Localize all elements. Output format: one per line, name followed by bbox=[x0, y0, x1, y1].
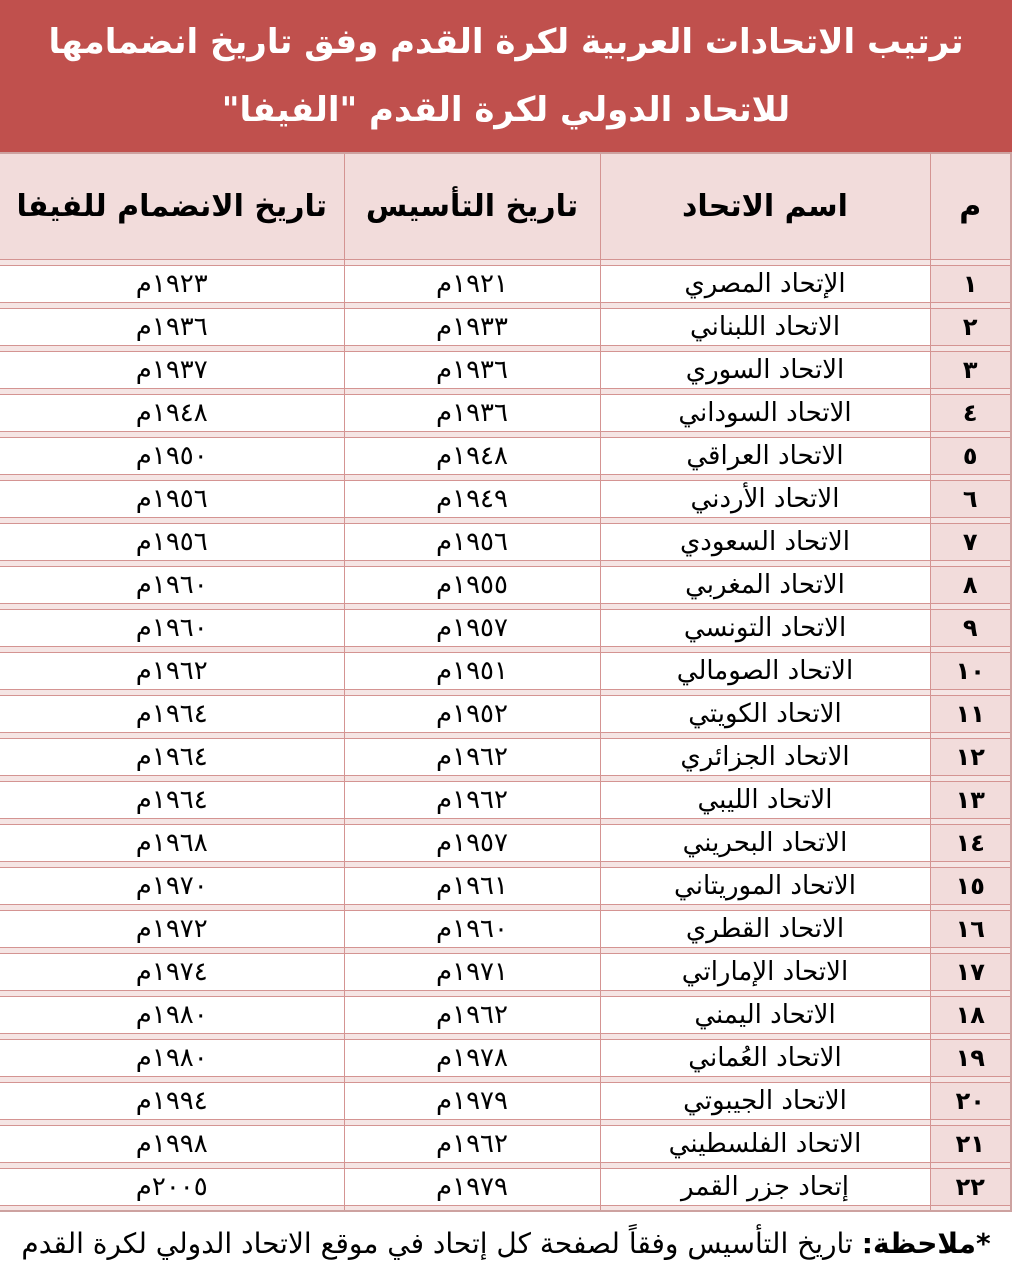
header-federation-name: اسم الاتحاد bbox=[600, 153, 930, 259]
cell-fifa-join-date: ١٩٣٧م bbox=[0, 351, 344, 388]
footnote-label: *ملاحظة: bbox=[862, 1227, 991, 1260]
cell-rank: ٢١ bbox=[930, 1125, 1011, 1162]
cell-fifa-join-date: ١٩٦٢م bbox=[0, 652, 344, 689]
cell-fifa-join-date: ١٩٦٨م bbox=[0, 824, 344, 861]
cell-founding-date: ١٩٥١م bbox=[344, 652, 600, 689]
cell-federation-name: الاتحاد الفلسطيني bbox=[600, 1125, 930, 1162]
header-rank: م bbox=[930, 153, 1011, 259]
cell-founding-date: ١٩٧٩م bbox=[344, 1168, 600, 1205]
cell-founding-date: ١٩٥٧م bbox=[344, 824, 600, 861]
cell-federation-name: الاتحاد الصومالي bbox=[600, 652, 930, 689]
table-row: ٢٠الاتحاد الجيبوتي١٩٧٩م١٩٩٤م bbox=[0, 1082, 1011, 1119]
cell-fifa-join-date: ١٩٥٦م bbox=[0, 480, 344, 517]
cell-fifa-join-date: ١٩٦٤م bbox=[0, 781, 344, 818]
header-founding-date: تاريخ التأسيس bbox=[344, 153, 600, 259]
cell-fifa-join-date: ١٩٦٤م bbox=[0, 695, 344, 732]
cell-fifa-join-date: ١٩٧٠م bbox=[0, 867, 344, 904]
cell-federation-name: الاتحاد المغربي bbox=[600, 566, 930, 603]
cell-rank: ٢٠ bbox=[930, 1082, 1011, 1119]
row-spacer-cell bbox=[930, 1205, 1011, 1211]
cell-rank: ١٢ bbox=[930, 738, 1011, 775]
cell-rank: ٣ bbox=[930, 351, 1011, 388]
table-row: ١٩الاتحاد العُماني١٩٧٨م١٩٨٠م bbox=[0, 1039, 1011, 1076]
cell-federation-name: الاتحاد الجيبوتي bbox=[600, 1082, 930, 1119]
cell-rank: ١٠ bbox=[930, 652, 1011, 689]
cell-rank: ٢ bbox=[930, 308, 1011, 345]
cell-federation-name: الاتحاد اليمني bbox=[600, 996, 930, 1033]
cell-federation-name: الاتحاد البحريني bbox=[600, 824, 930, 861]
cell-founding-date: ١٩٦٠م bbox=[344, 910, 600, 947]
table-row: ٤الاتحاد السوداني١٩٣٦م١٩٤٨م bbox=[0, 394, 1011, 431]
cell-fifa-join-date: ١٩٧٤م bbox=[0, 953, 344, 990]
cell-founding-date: ١٩٦٢م bbox=[344, 781, 600, 818]
cell-founding-date: ١٩٣٦م bbox=[344, 394, 600, 431]
cell-founding-date: ١٩٤٨م bbox=[344, 437, 600, 474]
cell-fifa-join-date: ١٩٣٦م bbox=[0, 308, 344, 345]
cell-fifa-join-date: ١٩٨٠م bbox=[0, 996, 344, 1033]
cell-rank: ٩ bbox=[930, 609, 1011, 646]
cell-rank: ٢٢ bbox=[930, 1168, 1011, 1205]
cell-founding-date: ١٩٦١م bbox=[344, 867, 600, 904]
cell-rank: ٦ bbox=[930, 480, 1011, 517]
table-row: ٢الاتحاد اللبناني١٩٣٣م١٩٣٦م bbox=[0, 308, 1011, 345]
row-spacer-cell bbox=[344, 1205, 600, 1211]
page: { "title": { "line1": "ترتيب الاتحادات ا… bbox=[0, 0, 1012, 1280]
table-row: ١الإتحاد المصري١٩٢١م١٩٢٣م bbox=[0, 265, 1011, 302]
footnote: *ملاحظة: تاريخ التأسيس وفقاً لصفحة كل إت… bbox=[0, 1226, 1012, 1262]
table-row: ١٨الاتحاد اليمني١٩٦٢م١٩٨٠م bbox=[0, 996, 1011, 1033]
cell-rank: ١٨ bbox=[930, 996, 1011, 1033]
cell-federation-name: الاتحاد الجزائري bbox=[600, 738, 930, 775]
cell-federation-name: الاتحاد العراقي bbox=[600, 437, 930, 474]
title-line-2: للاتحاد الدولي لكرة القدم "الفيفا" bbox=[10, 90, 1002, 131]
cell-federation-name: الاتحاد السوداني bbox=[600, 394, 930, 431]
table-header-row: م اسم الاتحاد تاريخ التأسيس تاريخ الانضم… bbox=[0, 153, 1011, 259]
cell-federation-name: الاتحاد التونسي bbox=[600, 609, 930, 646]
table-row: ٢٢إتحاد جزر القمر١٩٧٩م٢٠٠٥م bbox=[0, 1168, 1011, 1205]
cell-rank: ١٩ bbox=[930, 1039, 1011, 1076]
cell-federation-name: الاتحاد السعودي bbox=[600, 523, 930, 560]
table-row: ١٠الاتحاد الصومالي١٩٥١م١٩٦٢م bbox=[0, 652, 1011, 689]
table-row: ٩الاتحاد التونسي١٩٥٧م١٩٦٠م bbox=[0, 609, 1011, 646]
cell-founding-date: ١٩٦٢م bbox=[344, 738, 600, 775]
cell-rank: ١٤ bbox=[930, 824, 1011, 861]
cell-rank: ٥ bbox=[930, 437, 1011, 474]
cell-federation-name: الاتحاد الكويتي bbox=[600, 695, 930, 732]
cell-rank: ٧ bbox=[930, 523, 1011, 560]
cell-founding-date: ١٩٧٩م bbox=[344, 1082, 600, 1119]
footnote-text: تاريخ التأسيس وفقاً لصفحة كل إتحاد في مو… bbox=[21, 1227, 861, 1260]
cell-federation-name: الاتحاد اللبناني bbox=[600, 308, 930, 345]
cell-fifa-join-date: ١٩٥٦م bbox=[0, 523, 344, 560]
cell-federation-name: الاتحاد الإماراتي bbox=[600, 953, 930, 990]
table-row: ٨الاتحاد المغربي١٩٥٥م١٩٦٠م bbox=[0, 566, 1011, 603]
table-row: ١٤الاتحاد البحريني١٩٥٧م١٩٦٨م bbox=[0, 824, 1011, 861]
cell-fifa-join-date: ٢٠٠٥م bbox=[0, 1168, 344, 1205]
table-row: ١٥الاتحاد الموريتاني١٩٦١م١٩٧٠م bbox=[0, 867, 1011, 904]
table-row: ٥الاتحاد العراقي١٩٤٨م١٩٥٠م bbox=[0, 437, 1011, 474]
cell-founding-date: ١٩٧٨م bbox=[344, 1039, 600, 1076]
cell-fifa-join-date: ١٩٩٤م bbox=[0, 1082, 344, 1119]
cell-founding-date: ١٩٥٥م bbox=[344, 566, 600, 603]
row-spacer-cell bbox=[0, 1205, 344, 1211]
cell-founding-date: ١٩٥٢م bbox=[344, 695, 600, 732]
table-row: ٦الاتحاد الأردني١٩٤٩م١٩٥٦م bbox=[0, 480, 1011, 517]
cell-fifa-join-date: ١٩٦٤م bbox=[0, 738, 344, 775]
table-row: ١٦الاتحاد القطري١٩٦٠م١٩٧٢م bbox=[0, 910, 1011, 947]
cell-fifa-join-date: ١٩٢٣م bbox=[0, 265, 344, 302]
cell-rank: ٤ bbox=[930, 394, 1011, 431]
table-row: ١٧الاتحاد الإماراتي١٩٧١م١٩٧٤م bbox=[0, 953, 1011, 990]
cell-founding-date: ١٩٥٦م bbox=[344, 523, 600, 560]
cell-rank: ١٦ bbox=[930, 910, 1011, 947]
cell-fifa-join-date: ١٩٧٢م bbox=[0, 910, 344, 947]
title-line-1: ترتيب الاتحادات العربية لكرة القدم وفق ت… bbox=[10, 22, 1002, 63]
cell-founding-date: ١٩٦٢م bbox=[344, 996, 600, 1033]
title-banner: ترتيب الاتحادات العربية لكرة القدم وفق ت… bbox=[0, 0, 1012, 152]
cell-rank: ١٥ bbox=[930, 867, 1011, 904]
cell-rank: ١ bbox=[930, 265, 1011, 302]
cell-fifa-join-date: ١٩٤٨م bbox=[0, 394, 344, 431]
table-row: ٧الاتحاد السعودي١٩٥٦م١٩٥٦م bbox=[0, 523, 1011, 560]
cell-federation-name: الإتحاد المصري bbox=[600, 265, 930, 302]
cell-founding-date: ١٩٣٦م bbox=[344, 351, 600, 388]
row-spacer bbox=[0, 1205, 1011, 1211]
cell-fifa-join-date: ١٩٨٠م bbox=[0, 1039, 344, 1076]
table-row: ٢١الاتحاد الفلسطيني١٩٦٢م١٩٩٨م bbox=[0, 1125, 1011, 1162]
cell-fifa-join-date: ١٩٥٠م bbox=[0, 437, 344, 474]
cell-federation-name: إتحاد جزر القمر bbox=[600, 1168, 930, 1205]
header-fifa-join-date: تاريخ الانضمام للفيفا bbox=[0, 153, 344, 259]
cell-fifa-join-date: ١٩٦٠م bbox=[0, 609, 344, 646]
table-row: ١٢الاتحاد الجزائري١٩٦٢م١٩٦٤م bbox=[0, 738, 1011, 775]
cell-rank: ١١ bbox=[930, 695, 1011, 732]
cell-federation-name: الاتحاد الليبي bbox=[600, 781, 930, 818]
cell-founding-date: ١٩٣٣م bbox=[344, 308, 600, 345]
cell-founding-date: ١٩٥٧م bbox=[344, 609, 600, 646]
cell-fifa-join-date: ١٩٩٨م bbox=[0, 1125, 344, 1162]
cell-federation-name: الاتحاد القطري bbox=[600, 910, 930, 947]
cell-rank: ٨ bbox=[930, 566, 1011, 603]
cell-federation-name: الاتحاد السوري bbox=[600, 351, 930, 388]
row-spacer-cell bbox=[600, 1205, 930, 1211]
cell-founding-date: ١٩٦٢م bbox=[344, 1125, 600, 1162]
table-row: ٣الاتحاد السوري١٩٣٦م١٩٣٧م bbox=[0, 351, 1011, 388]
cell-federation-name: الاتحاد العُماني bbox=[600, 1039, 930, 1076]
federations-table: م اسم الاتحاد تاريخ التأسيس تاريخ الانضم… bbox=[0, 152, 1012, 1212]
cell-federation-name: الاتحاد الموريتاني bbox=[600, 867, 930, 904]
cell-founding-date: ١٩٤٩م bbox=[344, 480, 600, 517]
table-row: ١١الاتحاد الكويتي١٩٥٢م١٩٦٤م bbox=[0, 695, 1011, 732]
table-row: ١٣الاتحاد الليبي١٩٦٢م١٩٦٤م bbox=[0, 781, 1011, 818]
cell-fifa-join-date: ١٩٦٠م bbox=[0, 566, 344, 603]
cell-founding-date: ١٩٧١م bbox=[344, 953, 600, 990]
cell-founding-date: ١٩٢١م bbox=[344, 265, 600, 302]
cell-federation-name: الاتحاد الأردني bbox=[600, 480, 930, 517]
cell-rank: ١٧ bbox=[930, 953, 1011, 990]
cell-rank: ١٣ bbox=[930, 781, 1011, 818]
